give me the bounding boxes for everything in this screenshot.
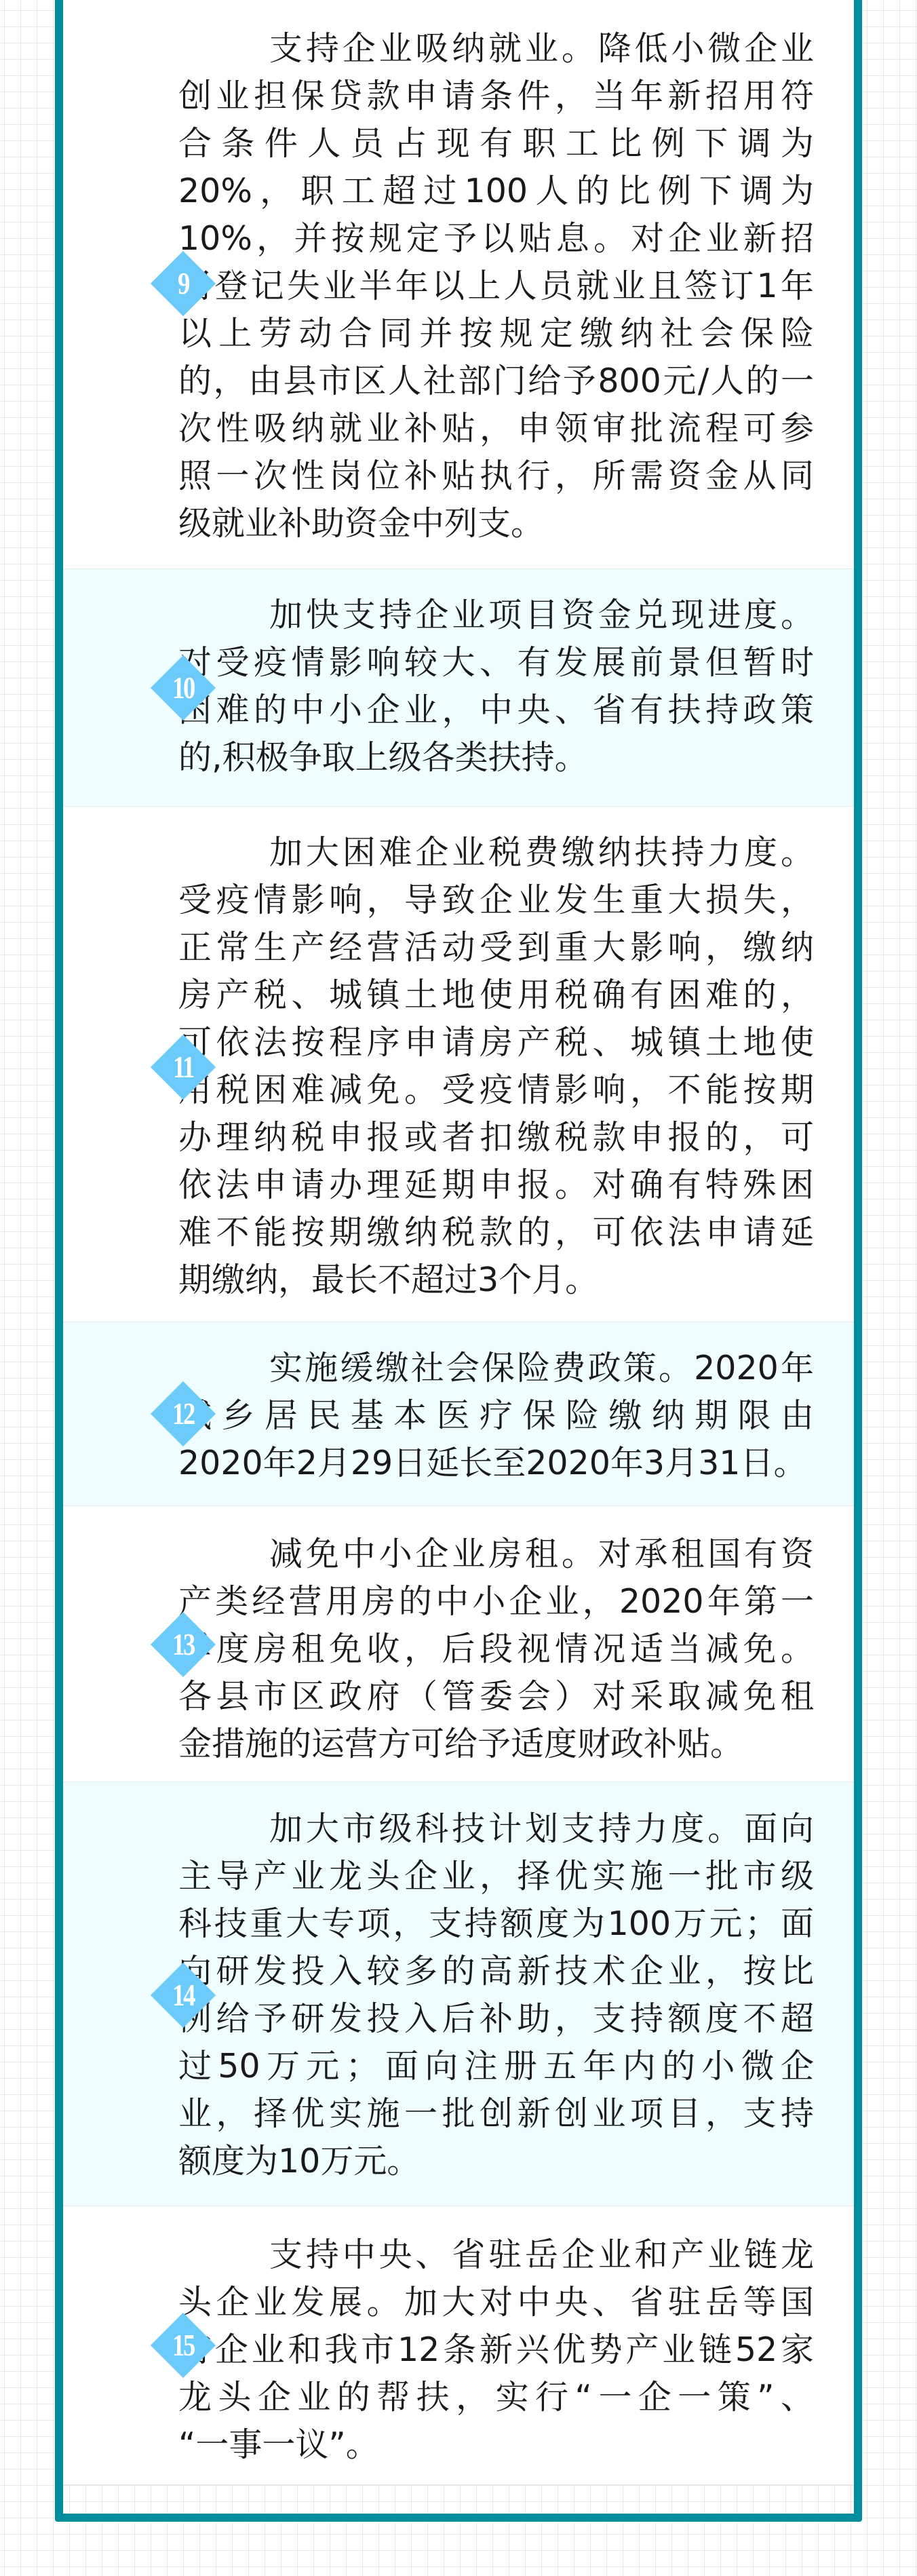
- text-line: 支持中央、省驻岳企业和产业链龙: [178, 2231, 814, 2279]
- text-line: 困难的中小企业，中央、省有扶持政策: [178, 687, 814, 734]
- policy-list: 支持企业吸纳就业。降低小微企业 创业担保贷款申请条件，当年新招用符 合条件人员占…: [63, 0, 854, 2485]
- number-badge-11: 11: [151, 1035, 216, 1100]
- badge-number: 14: [157, 1963, 210, 2028]
- text-line: 用登记失业半年以上人员就业且签订1年: [178, 263, 814, 310]
- badge-number: 10: [157, 655, 210, 720]
- text-line: 难不能按期缴纳税款的，可依法申请延: [178, 1209, 814, 1256]
- text-line: 额度为10万元。: [178, 2138, 814, 2185]
- text-line: 受疫情影响，导致企业发生重大损失，: [178, 877, 814, 924]
- badge-number: 9: [157, 251, 210, 316]
- text-line: “一事一议”。: [178, 2421, 814, 2469]
- number-badge-15: 15: [151, 2313, 216, 2378]
- policy-text: 减免中小企业房租。对承租国有资 产类经营用房的中小企业，2020年第一 季度房租…: [178, 1531, 814, 1768]
- text-line: 期缴纳，最长不超过3个月。: [178, 1256, 814, 1304]
- text-line: 季度房租免收，后段视情况适当减免。: [178, 1626, 814, 1673]
- policy-text: 支持中央、省驻岳企业和产业链龙 头企业发展。加大对中央、省驻岳等国 有企业和我市…: [178, 2231, 814, 2469]
- text-line: 照一次性岗位补贴执行，所需资金从同: [178, 453, 814, 500]
- number-badge-10: 10: [151, 655, 216, 720]
- policy-text: 支持企业吸纳就业。降低小微企业 创业担保贷款申请条件，当年新招用符 合条件人员占…: [178, 25, 814, 547]
- policy-text: 加大困难企业税费缴纳扶持力度。 受疫情影响，导致企业发生重大损失， 正常生产经营…: [178, 829, 814, 1304]
- text-line: 可依法按程序申请房产税、城镇土地使: [178, 1019, 814, 1066]
- text-line: 金措施的运营方可给予适度财政补贴。: [178, 1720, 814, 1768]
- text-line: 加大市级科技计划支持力度。面向: [178, 1805, 814, 1853]
- text-line: 依法申请办理延期申报。对确有特殊困: [178, 1161, 814, 1209]
- number-badge-12: 12: [151, 1381, 216, 1446]
- text-line: 2020年2月29日延长至2020年3月31日。: [178, 1440, 814, 1487]
- policy-text: 实施缓缴社会保险费政策。2020年 城乡居民基本医疗保险缴纳期限由 2020年2…: [178, 1345, 814, 1487]
- number-badge-13: 13: [151, 1612, 216, 1677]
- number-badge-14: 14: [151, 1963, 216, 2028]
- text-line: 正常生产经营活动受到重大影响，缴纳: [178, 924, 814, 972]
- text-line: 实施缓缴社会保险费政策。2020年: [178, 1345, 814, 1392]
- badge-number: 11: [157, 1035, 210, 1100]
- text-line: 各县市区政府（管委会）对采取减免租: [178, 1673, 814, 1720]
- text-line: 创业担保贷款申请条件，当年新招用符: [178, 73, 814, 120]
- text-line: 的,积极争取上级各类扶持。: [178, 734, 814, 782]
- text-line: 合条件人员占现有职工比例下调为: [178, 120, 814, 168]
- text-line: 向研发投入较多的高新技术企业，按比: [178, 1948, 814, 1995]
- text-line: 城乡居民基本医疗保险缴纳期限由: [178, 1392, 814, 1440]
- text-line: 用税困难减免。受疫情影响，不能按期: [178, 1066, 814, 1114]
- text-line: 产类经营用房的中小企业，2020年第一: [178, 1578, 814, 1626]
- text-line: 以上劳动合同并按规定缴纳社会保险: [178, 310, 814, 358]
- text-line: 业，择优实施一批创新创业项目，支持: [178, 2090, 814, 2138]
- text-line: 支持企业吸纳就业。降低小微企业: [178, 25, 814, 73]
- text-line: 龙头企业的帮扶，实行“一企一策”、: [178, 2374, 814, 2421]
- badge-number: 12: [157, 1381, 210, 1446]
- text-line: 加快支持企业项目资金兑现进度。: [178, 592, 814, 639]
- policy-text: 加快支持企业项目资金兑现进度。 对受疫情影响较大、有发展前景但暂时 困难的中小企…: [178, 592, 814, 782]
- text-line: 减免中小企业房租。对承租国有资: [178, 1531, 814, 1578]
- text-line: 科技重大专项，支持额度为100万元；面: [178, 1900, 814, 1948]
- badge-number: 13: [157, 1612, 210, 1677]
- text-line: 10%，并按规定予以贴息。对企业新招: [178, 215, 814, 263]
- text-line: 例给予研发投入后补助，支持额度不超: [178, 1995, 814, 2043]
- text-line: 的，由县市区人社部门给予800元/人的一: [178, 358, 814, 405]
- policy-text: 加大市级科技计划支持力度。面向 主导产业龙头企业，择优实施一批市级 科技重大专项…: [178, 1805, 814, 2185]
- text-line: 头企业发展。加大对中央、省驻岳等国: [178, 2279, 814, 2326]
- text-line: 房产税、城镇土地使用税确有困难的，: [178, 972, 814, 1019]
- text-line: 主导产业龙头企业，择优实施一批市级: [178, 1853, 814, 1900]
- text-line: 办理纳税申报或者扣缴税款申报的，可: [178, 1114, 814, 1161]
- number-badge-9: 9: [151, 251, 216, 316]
- text-line: 过50万元；面向注册五年内的小微企: [178, 2043, 814, 2090]
- text-line: 有企业和我市12条新兴优势产业链52家: [178, 2326, 814, 2374]
- text-line: 级就业补助资金中列支。: [178, 500, 814, 547]
- text-line: 次性吸纳就业补贴，申领审批流程可参: [178, 405, 814, 453]
- badge-number: 15: [157, 2313, 210, 2378]
- text-line: 对受疫情影响较大、有发展前景但暂时: [178, 639, 814, 687]
- text-line: 20%，职工超过100人的比例下调为: [178, 168, 814, 215]
- text-line: 加大困难企业税费缴纳扶持力度。: [178, 829, 814, 877]
